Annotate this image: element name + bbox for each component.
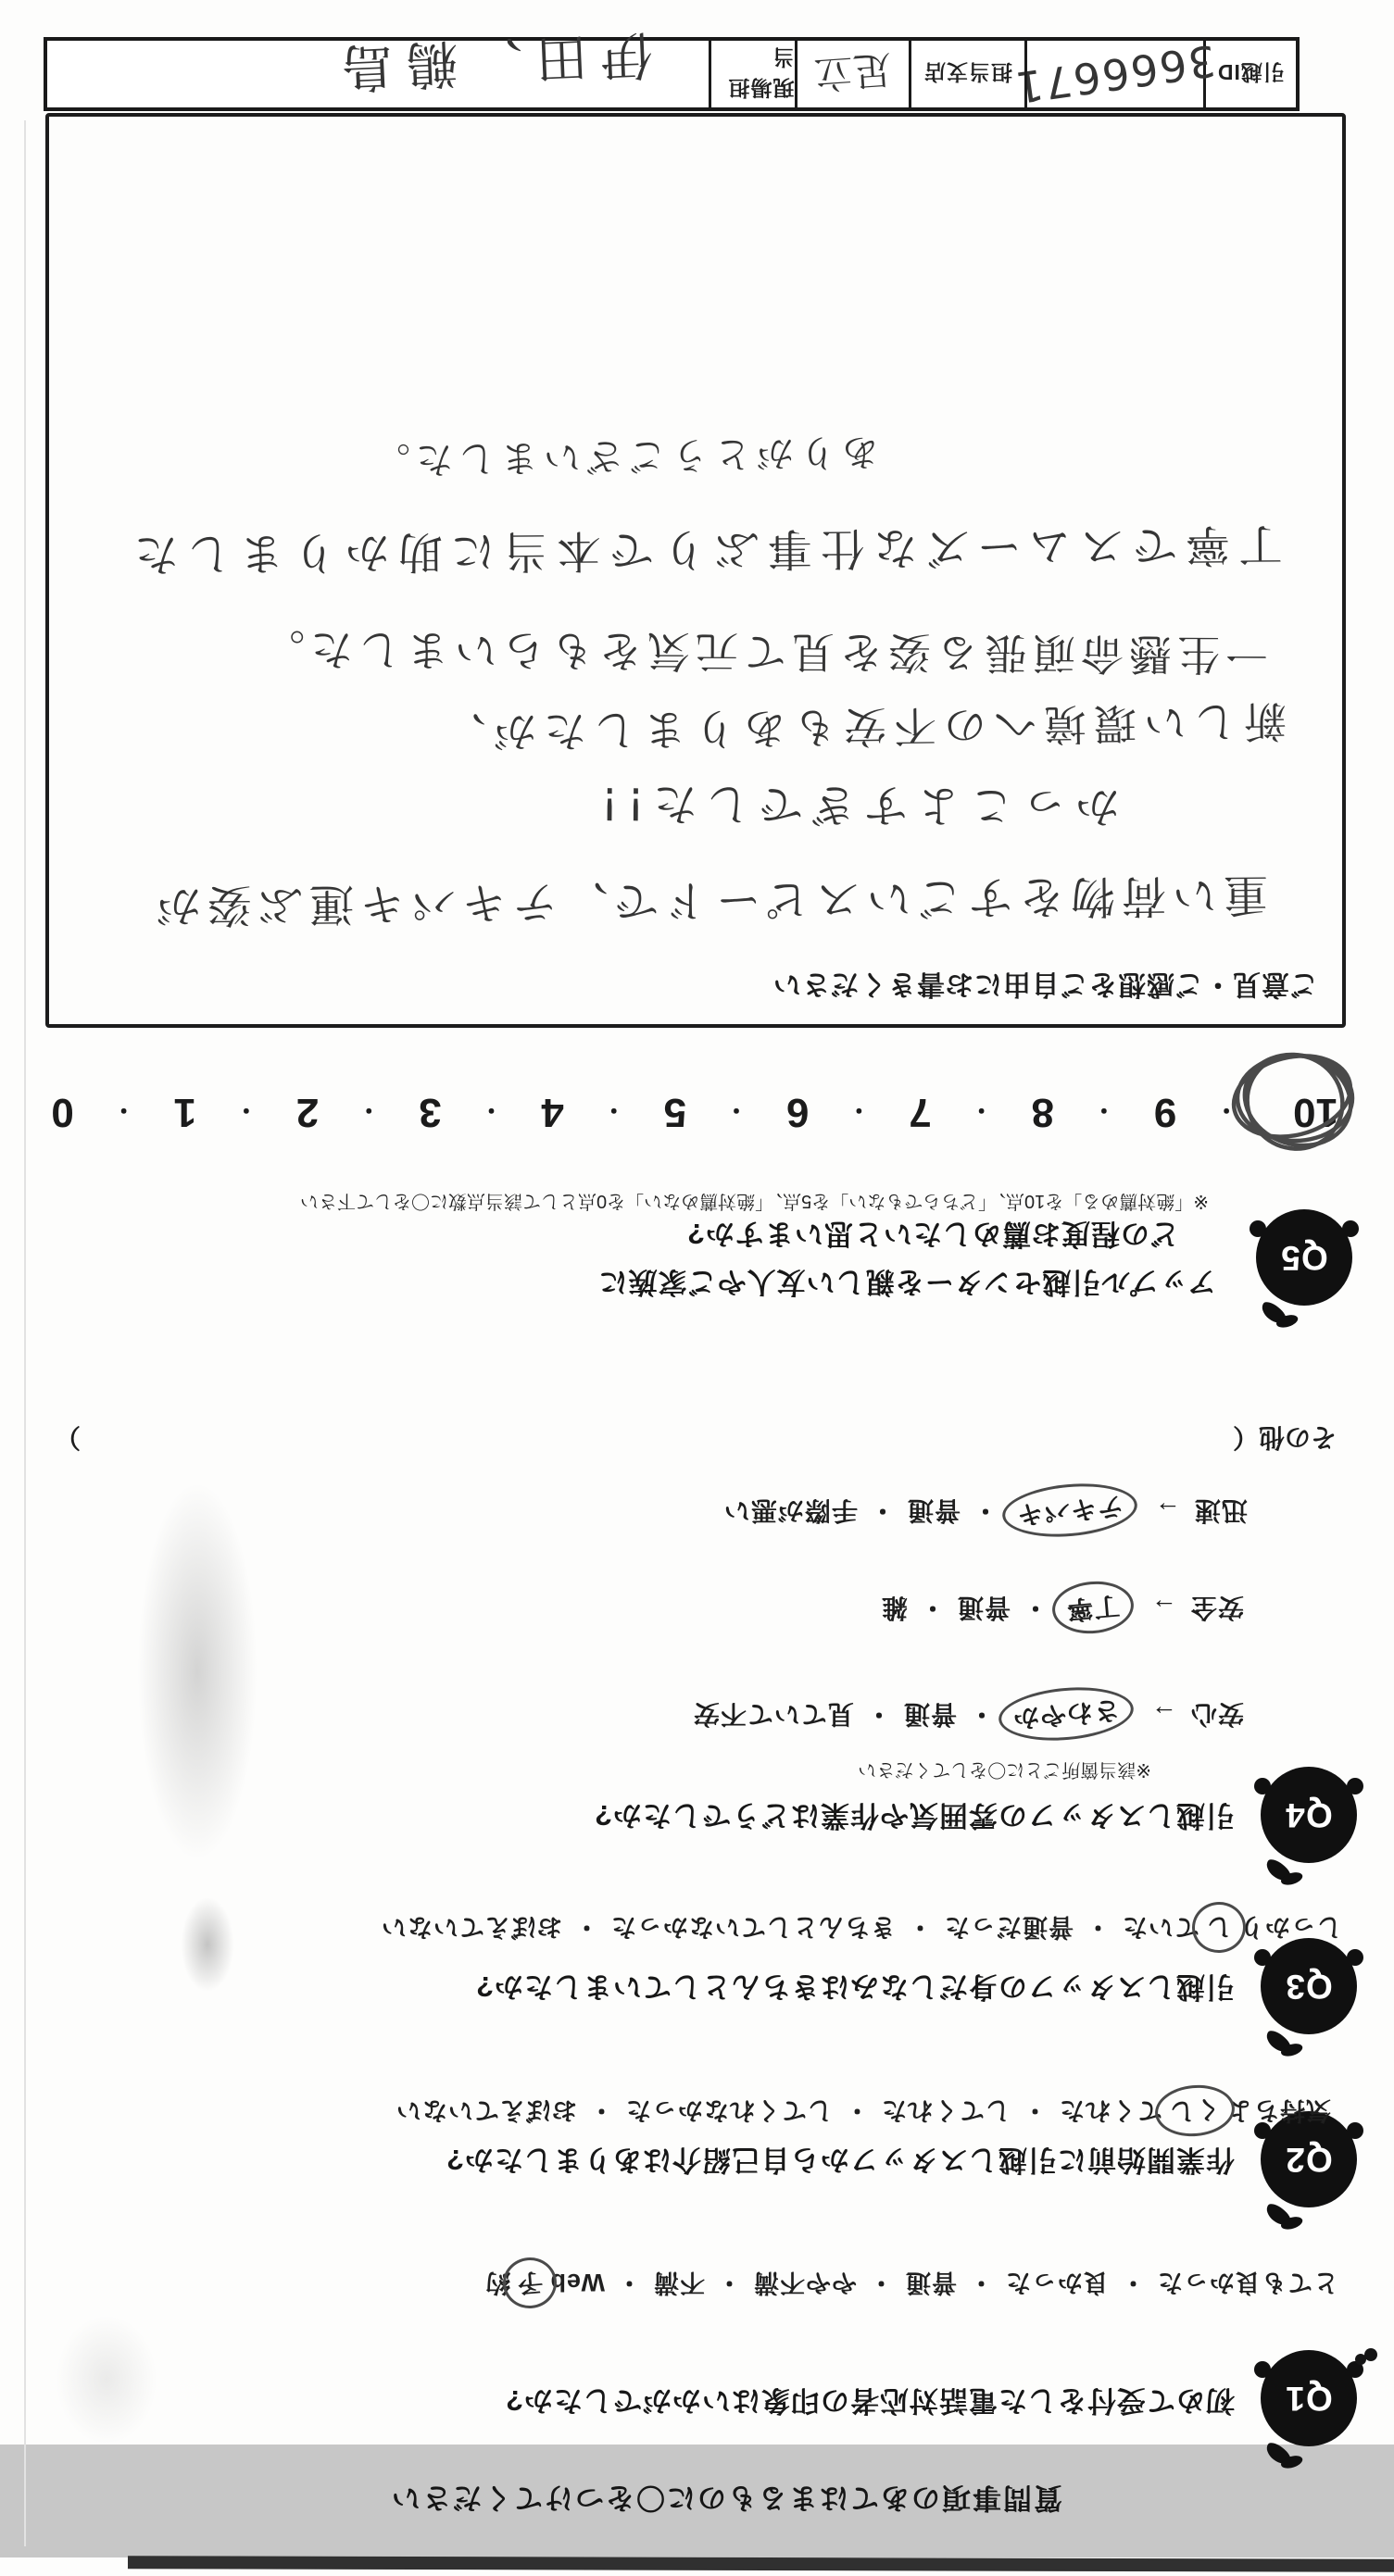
- leaf-icon: [1258, 1298, 1288, 1327]
- scan-smudge: [56, 2315, 157, 2445]
- handwritten-line: ありがとうございました。: [368, 428, 880, 490]
- separator: ・: [854, 1700, 903, 1729]
- separator: ・: [857, 2269, 905, 2296]
- id-table-label-site-staff: 現場担当: [711, 41, 797, 107]
- scale-number: 7: [909, 1089, 931, 1135]
- q3-badge: Q3: [1261, 1938, 1357, 2034]
- option-selected: さわやか: [1006, 1691, 1126, 1737]
- q3-title: 引越しスタッフの身だしなみはきちんとしていましたか?: [475, 1969, 1235, 2010]
- q4-badge-label: Q4: [1285, 1795, 1332, 1834]
- separator: ・: [1011, 2096, 1059, 2124]
- q1-options: とても良かった・良かった・普通・やや不満・不満・Web予約: [484, 2260, 1338, 2306]
- option: 普通: [907, 1494, 961, 1531]
- id-table-value-branch: 足立: [797, 41, 912, 107]
- id-table: 引越ID 3666671 担当支店 足立 現場担当 伊田、鵜島: [44, 37, 1300, 111]
- scan-smudge: [137, 1482, 257, 1861]
- separator: ・: [833, 2096, 881, 2124]
- q2-badge-label: Q2: [1285, 2140, 1332, 2179]
- q4-row-anshin: 安心→さわやか・普通・見ていて不安: [693, 1691, 1244, 1737]
- option-selected: しっかりしていた: [1122, 1905, 1342, 1950]
- scale-number: 1: [174, 1089, 196, 1135]
- separator: ・: [562, 1913, 610, 1941]
- handwritten-line: かっこよすぎでした!!: [592, 775, 1120, 843]
- row-label: 安心: [1190, 1700, 1244, 1729]
- row-label: 安全: [1190, 1594, 1244, 1622]
- q1-title: 初めて受付をした電話対応者の印象はいかがでしたか?: [505, 2382, 1235, 2424]
- q4-note: ※該当箇所ごとに〇をしてください: [858, 1758, 1151, 1785]
- q5-badge: Q5: [1256, 1209, 1352, 1306]
- scale-number: 2: [296, 1089, 319, 1135]
- scale-number: 8: [1031, 1089, 1053, 1135]
- scanned-survey-sheet: 質問事項のあてはまるものに〇をつけてください Q1 初めて受付をした電話対応者の…: [0, 0, 1394, 2576]
- leaf-icon: [1262, 2200, 1293, 2229]
- arrow-icon: →: [1126, 1594, 1190, 1622]
- separator: ・: [577, 2096, 625, 2124]
- separator: ・: [858, 1496, 907, 1525]
- q1-badge-label: Q1: [1285, 2379, 1332, 2418]
- q3-options: しっかりしていた・普通だった・きちんとしていなかった・おぼえていない: [381, 1905, 1342, 1950]
- scan-smudge: [182, 1898, 233, 1991]
- id-table-label-branch: 担当支店: [911, 41, 1027, 107]
- option: 雑: [881, 1591, 908, 1628]
- scale-number: 0: [51, 1089, 73, 1135]
- instruction-bar: 質問事項のあてはまるものに〇をつけてください: [0, 2445, 1394, 2557]
- separator: ・: [1109, 2269, 1157, 2296]
- pen-circle-mark: テキパキ: [1000, 1479, 1139, 1543]
- id-table-value-moving-id: 3666671: [1027, 41, 1206, 107]
- id-table-label-moving-id: 引越ID: [1206, 41, 1296, 107]
- option-selected: 丁寧: [1060, 1584, 1126, 1631]
- q2-title: 作業開始前に引越しスタッフから自己紹介はありましたか?: [446, 2142, 1235, 2183]
- q5-note: ※「絶対薦める」を10点、「どちらでもない」を5点、「絶対薦めない」を0点として…: [300, 1190, 1209, 1217]
- q4-title: 引越しスタッフの雰囲気や作業はどうでしたか?: [594, 1797, 1235, 1839]
- q4-badge: Q4: [1261, 1767, 1357, 1863]
- close-paren: ）: [55, 1420, 81, 1457]
- pen-circle-mark: し: [1190, 1900, 1249, 1956]
- instruction-bar-text: 質問事項のあてはまるものに〇をつけてください: [390, 2481, 1062, 2522]
- row-label: 迅速: [1194, 1496, 1248, 1525]
- option: おぼえていない: [381, 1911, 562, 1947]
- rating-scale: 10 ・ 9 ・ 8 ・ 7 ・ 6 ・ 5 ・ 4 ・ 3 ・ 2 ・ 1 ・…: [51, 1082, 1355, 1143]
- option: 普通: [905, 2267, 957, 2303]
- q5-title-line1: アップル引越センターを親しい友人やご家族に: [598, 1264, 1216, 1306]
- option-selected: Web予約: [484, 2260, 605, 2306]
- option: 良かった: [1005, 2267, 1109, 2303]
- comment-box-label: ご意見・ご感想をご自由にお書きください: [772, 967, 1318, 1007]
- q4-row-anzen: 安全→丁寧・普通・雑: [881, 1584, 1244, 1631]
- option: してくれなかった: [625, 2095, 833, 2131]
- arrow-icon: →: [1130, 1496, 1194, 1525]
- scale-number: 6: [786, 1089, 809, 1135]
- id-table-value-site-staff: 伊田、鵜島: [47, 41, 711, 107]
- separator: ・: [1074, 1913, 1122, 1941]
- option: きちんとしていなかった: [610, 1911, 896, 1947]
- q2-options: 気持ちよくしてくれた・してくれた・してくれなかった・おぼえていない: [396, 2088, 1331, 2133]
- q5-badge-label: Q5: [1280, 1238, 1327, 1277]
- pen-circle-mark: 丁寧: [1050, 1578, 1137, 1636]
- q4-other-row: その他（ ）: [55, 1420, 1337, 1457]
- scale-number: 9: [1154, 1089, 1176, 1135]
- separator: ・: [705, 2269, 753, 2296]
- scan-edge-line: [24, 120, 26, 2546]
- q1-badge: Q1: [1261, 2350, 1357, 2446]
- separator: ・: [908, 1594, 957, 1622]
- clover-icon: [1364, 2348, 1377, 2361]
- scale-number: 5: [664, 1089, 686, 1135]
- option-selected: テキパキ: [1010, 1487, 1130, 1533]
- leaf-icon: [1262, 1856, 1293, 1884]
- rating-selected: 10: [1276, 1082, 1355, 1143]
- q3-badge-label: Q3: [1285, 1967, 1332, 2006]
- option: 普通: [957, 1591, 1011, 1628]
- option: 普通だった: [944, 1911, 1074, 1947]
- pen-circle-mark: くし: [1153, 2082, 1237, 2139]
- option: 普通: [903, 1697, 957, 1734]
- pen-circle-mark: さわやか: [997, 1682, 1136, 1746]
- handwritten-line: 新しい環境への不安もありましたが、: [436, 694, 1287, 767]
- option: 見ていて不安: [693, 1697, 854, 1734]
- handwritten-scribble-circle: [1222, 1039, 1368, 1157]
- handwritten-line: 一生懸命頑張る姿を見て元気をもらいました。: [257, 621, 1268, 688]
- option: やや不満: [753, 2267, 857, 2303]
- option: 手際が悪い: [723, 1494, 858, 1531]
- handwritten-line: 丁寧でスムーズな仕事ぶりで本当に助かりました: [126, 517, 1284, 591]
- pen-circle-mark: 予: [501, 2256, 559, 2311]
- scale-number: 4: [541, 1089, 563, 1135]
- handwritten-line: 重い荷物をすごいスピードで、テキパキ運ぶ姿が: [150, 867, 1269, 943]
- option-selected: 気持ちよくしてくれた: [1059, 2088, 1331, 2133]
- option: してくれた: [881, 2095, 1011, 2131]
- q5-title-line2: どの程度お薦めしたいと思いますか?: [686, 1216, 1179, 1257]
- other-label: その他（: [1233, 1420, 1337, 1457]
- option: とても良かった: [1157, 2267, 1338, 2303]
- arrow-icon: →: [1126, 1700, 1190, 1729]
- leaf-icon: [1262, 2027, 1293, 2056]
- q4-row-jinsoku: 迅速→テキパキ・普通・手際が悪い: [723, 1487, 1248, 1533]
- separator: ・: [605, 2269, 653, 2296]
- separator: ・: [896, 1913, 944, 1941]
- comment-box: ご意見・ご感想をご自由にお書きください 重い荷物をすごいスピードで、テキパキ運ぶ…: [45, 113, 1346, 1028]
- separator: ・: [957, 2269, 1005, 2296]
- option: おぼえていない: [396, 2095, 577, 2131]
- scale-number: 3: [419, 1089, 441, 1135]
- option: 不満: [653, 2267, 705, 2303]
